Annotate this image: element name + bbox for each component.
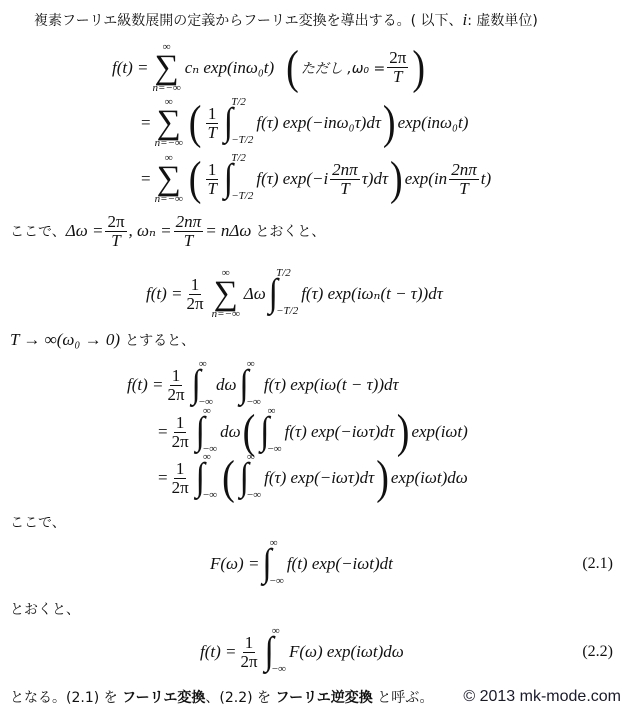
int-lower: −T/2 [276, 305, 298, 317]
integral: ∫ ∞−∞ [265, 629, 286, 675]
integrand: f(τ) exp(iω(t − τ))dτ [264, 375, 399, 395]
integral: ∫ ∞−∞ [262, 541, 283, 587]
equation-number-2-2: (2.2) [582, 643, 613, 661]
integral-icon: ∫ [260, 410, 269, 454]
tail-b: t) [481, 169, 491, 189]
frac-den: T [205, 124, 218, 142]
intro-main: 複素フーリエ級数展開の定義からフーリエ変換を導出する。( 以下、 [34, 13, 463, 29]
int-upper: ∞ [247, 358, 261, 370]
paragraph-here: ここで、 [10, 512, 66, 532]
int-lower: −∞ [203, 489, 217, 501]
paren-left: ( [189, 155, 202, 203]
watermark: © 2013 mk-mode.com [463, 688, 621, 706]
integrand: f(τ) exp(iωₙ(t − τ))dτ [301, 284, 443, 304]
frac-den: T [205, 180, 218, 198]
intro-text: 複素フーリエ級数展開の定義からフーリエ変換を導出する。( 以下、i: 虚数単位) [34, 10, 538, 30]
integral-icon: ∫ [239, 363, 248, 407]
frac-num: 1 [170, 367, 183, 386]
integral-icon: ∫ [269, 272, 278, 316]
para3-suffix: とすると、 [125, 333, 195, 349]
sum-lower: n=−∞ [155, 138, 183, 149]
paragraph-limit: T → ∞(ω₀ → 0) とすると、 [10, 330, 195, 350]
frac-den: 2π [166, 386, 187, 404]
fraction: 1 T [205, 161, 218, 198]
int-lower: −∞ [272, 663, 286, 675]
intro-tail: : 虚数単位) [467, 13, 538, 29]
paren-right: ) [397, 408, 410, 456]
fraction: 1 2π [170, 414, 191, 451]
int-lower: −T/2 [231, 134, 253, 146]
integrand-b: τ)dτ [362, 169, 388, 189]
term-inverse-fourier-transform: フーリエ逆変換 [276, 690, 373, 706]
equation-fourier-transform: F(ω) = ∫ ∞−∞ f(t) exp(−iωt)dt [210, 540, 393, 588]
equation-line3: = ∞ ∑ n=−∞ ( 1 T ∫ T/2−T/2 f(τ) exp(−i 2… [141, 150, 491, 208]
d-omega: dω [216, 375, 237, 395]
conclusion-c: 、(2.2) を [205, 690, 275, 706]
summation: ∞ ∑ n=−∞ [155, 97, 183, 149]
d-omega: dω [220, 422, 241, 442]
integral: ∫ ∞−∞ [192, 362, 213, 408]
tail: exp(iωt) [411, 422, 467, 442]
paragraph-setting: とおくと、 [10, 599, 80, 619]
integrand: F(ω) exp(iωt)dω [289, 642, 404, 662]
equation-fourier-series: f(t) = ∞ ∑ n=−∞ cₙ exp(inω₀t) ( ただし ,ω₀ … [112, 40, 427, 95]
summation: ∞ ∑ n=−∞ [153, 42, 181, 94]
integral-icon: ∫ [262, 542, 271, 586]
para2-prefix: ここで、 [10, 221, 66, 241]
integral: ∫ T/2−T/2 [224, 156, 253, 202]
integral: ∫ ∞−∞ [260, 409, 281, 455]
integrand: f(t) exp(−iωt)dt [287, 554, 393, 574]
paren-right: ) [390, 155, 403, 203]
summation: ∞ ∑ n=−∞ [155, 153, 183, 205]
equation-inverse-fourier-transform: f(t) = 1 2π ∫ ∞−∞ F(ω) exp(iωt)dω [200, 628, 404, 676]
integrand: f(τ) exp(−iωτ)dτ [264, 468, 374, 488]
int-upper: ∞ [203, 405, 217, 417]
frac-den: T [182, 232, 195, 250]
int-upper: ∞ [270, 537, 284, 549]
eq1-note: ただし ,ω₀ = [301, 58, 385, 78]
paren-left: ( [243, 408, 256, 456]
tail-a: exp(in [405, 169, 447, 189]
fraction: 2π T [105, 213, 126, 250]
int-lower: −∞ [247, 489, 261, 501]
frac-num: 1 [189, 276, 202, 295]
eq5-lhs: f(t) = [127, 375, 164, 395]
paren-left: ( [222, 454, 235, 502]
integral-icon: ∫ [224, 101, 233, 145]
term-fourier-transform: フーリエ変換 [122, 690, 205, 706]
frac-num: 2π [387, 49, 408, 68]
summation: ∞ ∑ n=−∞ [212, 268, 240, 320]
integral: ∫ ∞−∞ [239, 362, 260, 408]
equation-continuous-2: = 1 2π ∫ ∞−∞ dω ( ∫ ∞−∞ f(τ) exp(−iωτ)dτ… [158, 408, 468, 456]
frac-num: 1 [243, 634, 256, 653]
frac-den: 2π [170, 433, 191, 451]
int-upper: T/2 [276, 267, 298, 279]
paren-right: ) [376, 454, 389, 502]
frac-num: 1 [174, 414, 187, 433]
fraction: 2nπ T [449, 161, 479, 198]
equation-discrete-sum: f(t) = 1 2π ∞ ∑ n=−∞ Δω ∫ T/2−T/2 f(τ) e… [146, 265, 443, 323]
fraction: 2nπ T [174, 213, 204, 250]
integral-icon: ∫ [265, 630, 274, 674]
fraction: 1 2π [185, 276, 206, 313]
frac-den: 2π [239, 653, 260, 671]
frac-den: 2π [170, 479, 191, 497]
rhs: = nΔω [205, 221, 251, 241]
fraction: 1 2π [170, 460, 191, 497]
paren-right: ) [412, 44, 425, 92]
frac-den: T [338, 180, 351, 198]
eq4-lhs: f(t) = [146, 284, 183, 304]
equation-number-2-1: (2.1) [582, 555, 613, 573]
int-lower: −T/2 [231, 190, 253, 202]
integral-icon: ∫ [224, 157, 233, 201]
omega-n: , ωₙ = [129, 221, 172, 241]
int-upper: ∞ [268, 405, 282, 417]
sigma-icon: ∑ [214, 279, 238, 309]
equation-continuous-3: = 1 2π ∫ ∞−∞ ( ∫ ∞−∞ f(τ) exp(−iωτ)dτ ) … [158, 454, 468, 502]
frac-num: 2nπ [449, 161, 479, 180]
fraction: 1 T [205, 105, 218, 142]
integrand-a: f(τ) exp(−i [256, 169, 328, 189]
paragraph-define-delta: ここで、 Δω = 2π T , ωₙ = 2nπ T = nΔω とおくと、 [10, 211, 325, 251]
fraction: 1 2π [166, 367, 187, 404]
paren-left: ( [286, 44, 299, 92]
integral-icon: ∫ [196, 410, 205, 454]
integral: ∫ T/2−T/2 [269, 271, 298, 317]
paren-right: ) [383, 99, 396, 147]
integral: ∫ ∞−∞ [240, 455, 261, 501]
sum-lower: n=−∞ [212, 309, 240, 320]
frac-den: T [109, 232, 122, 250]
equation-line2: = ∞ ∑ n=−∞ ( 1 T ∫ T/2−T/2 f(τ) exp(−inω… [141, 94, 468, 152]
frac-den: T [457, 180, 470, 198]
int-upper: ∞ [272, 625, 286, 637]
frac-den: T [391, 68, 404, 86]
limit-expr: T → ∞(ω₀ → 0) [10, 330, 120, 349]
frac-num: 1 [206, 161, 219, 180]
sigma-icon: ∑ [157, 164, 181, 194]
para2-suffix: とおくと、 [255, 221, 325, 241]
tail: exp(iωt)dω [391, 468, 468, 488]
sum-lower: n=−∞ [155, 194, 183, 205]
sum-lower: n=−∞ [153, 83, 181, 94]
integral: ∫ ∞−∞ [196, 455, 217, 501]
delta-omega: Δω [244, 284, 266, 304]
frac-num: 1 [206, 105, 219, 124]
eq1-term: cₙ exp(inω₀t) [185, 58, 274, 78]
sigma-icon: ∑ [154, 53, 178, 83]
frac-den: 2π [185, 295, 206, 313]
delta-omega: Δω = [66, 221, 104, 241]
frac-num: 2nπ [174, 213, 204, 232]
frac-num: 2π [105, 213, 126, 232]
integrand: f(τ) exp(−inω₀τ)dτ [256, 113, 381, 133]
int-lower: −∞ [270, 575, 284, 587]
int-upper: ∞ [247, 451, 261, 463]
integral-icon: ∫ [240, 456, 249, 500]
frac-num: 2nπ [330, 161, 360, 180]
int-upper: ∞ [199, 358, 213, 370]
integral: ∫ T/2−T/2 [224, 100, 253, 146]
conclusion-a: となる。(2.1) を [10, 690, 122, 706]
equals: = [141, 169, 151, 189]
paren-left: ( [189, 99, 202, 147]
integral-icon: ∫ [196, 456, 205, 500]
equation-continuous-1: f(t) = 1 2π ∫ ∞−∞ dω ∫ ∞−∞ f(τ) exp(iω(t… [127, 362, 399, 408]
conclusion-e: と呼ぶ。 [373, 690, 434, 706]
int-upper: T/2 [231, 152, 253, 164]
equals: = [141, 113, 151, 133]
eq22-lhs: f(t) = [200, 642, 237, 662]
sigma-icon: ∑ [157, 108, 181, 138]
eq1-lhs: f(t) = [112, 58, 149, 78]
eq21-lhs: F(ω) = [210, 554, 259, 574]
conclusion-text: となる。(2.1) を フーリエ変換、(2.2) を フーリエ逆変換 と呼ぶ。 [10, 687, 434, 707]
eq2-tail: exp(inω₀t) [398, 113, 469, 133]
integral: ∫ ∞−∞ [196, 409, 217, 455]
frac-num: 1 [174, 460, 187, 479]
fraction: 2π T [387, 49, 408, 86]
fraction: 2nπ T [330, 161, 360, 198]
integrand: f(τ) exp(−iωτ)dτ [285, 422, 395, 442]
fraction: 1 2π [239, 634, 260, 671]
int-upper: ∞ [203, 451, 217, 463]
integral-icon: ∫ [192, 363, 201, 407]
int-upper: T/2 [231, 96, 253, 108]
